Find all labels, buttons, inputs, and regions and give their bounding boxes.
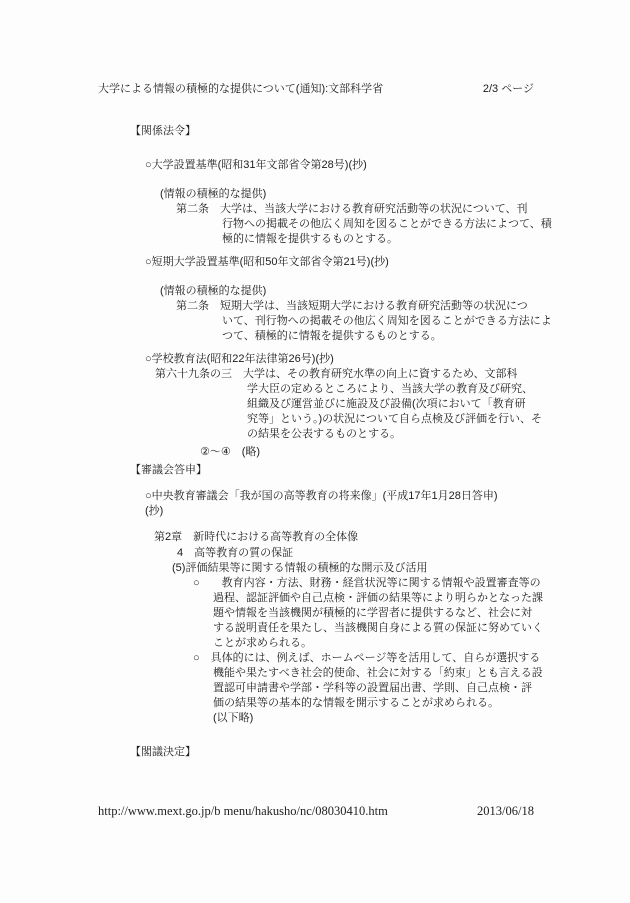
- note-items-2-4-omitted: ②～④ (略): [0, 445, 630, 460]
- note-items-2-4-omitted-line-1: ②～④ (略): [200, 445, 630, 460]
- bullet-evaluation-info-line-5: ことが求められる。: [213, 636, 630, 651]
- chapter-2-heading-line-1: 第2章 新時代における高等教育の全体像: [154, 530, 630, 545]
- caption-proactive-provision-1: (情報の積極的な提供): [0, 187, 630, 202]
- law-university-establishment-standards-line-1: ○大学設置基準(昭和31年文部省令第28号)(抄): [145, 158, 630, 173]
- caption-proactive-provision-1-line-1: (情報の積極的な提供): [160, 187, 630, 202]
- article-2-university: 第二条 大学は、当該大学における教育研究活動等の状況について、刊行物への掲載その…: [0, 202, 630, 247]
- page-footer: http://www.mext.go.jp/b menu/hakusho/nc/…: [98, 803, 534, 819]
- bullet-concrete-examples-line-3: 置認可申請書や学部・学科等の設置届出書、学則、自己点検・評: [213, 681, 630, 696]
- heading-cabinet-decision-line-1: 【閣議決定】: [130, 745, 630, 760]
- law-junior-college-establishment-standards-line-1: ○短期大学設置基準(昭和50年文部省令第21号)(抄): [145, 255, 630, 270]
- item-5-heading: (5)評価結果等に関する情報の積極的な開示及び活用: [0, 561, 630, 576]
- article-2-junior-college-line-1: 第二条 短期大学は、当該短期大学における教育研究活動等の状況につ: [176, 299, 630, 314]
- article-2-university-line-2: 行物への掲載その他広く周知を図ることができる方法によつて、積: [222, 217, 630, 232]
- law-university-establishment-standards: ○大学設置基準(昭和31年文部省令第28号)(抄): [0, 158, 630, 173]
- article-2-junior-college-line-3: つて、積極的に情報を提供するものとする。: [222, 329, 630, 344]
- article-69-3: 第六十九条の三 大学は、その教育研究水準の向上に資するため、文部科学大臣の定める…: [0, 367, 630, 442]
- heading-cabinet-decision: 【閣議決定】: [0, 745, 630, 760]
- heading-council-reports: 【審議会答申】: [0, 463, 630, 478]
- document-title: 大学による情報の積極的な提供について(通知):文部科学省: [98, 82, 383, 97]
- article-2-junior-college: 第二条 短期大学は、当該短期大学における教育研究活動等の状況について、刊行物への…: [0, 299, 630, 344]
- council-report-title-line-2: (抄): [145, 504, 630, 519]
- chapter-2-heading: 第2章 新時代における高等教育の全体像: [0, 530, 630, 545]
- heading-related-laws: 【関係法令】: [0, 124, 630, 139]
- article-69-3-line-5: の結果を公表するものとする。: [247, 427, 630, 442]
- law-junior-college-establishment-standards: ○短期大学設置基準(昭和50年文部省令第21号)(抄): [0, 255, 630, 270]
- article-69-3-line-1: 第六十九条の三 大学は、その教育研究水準の向上に資するため、文部科: [155, 367, 630, 382]
- article-2-junior-college-line-2: いて、刊行物への掲載その他広く周知を図ることができる方法によ: [222, 314, 630, 329]
- page-number: 2/3 ページ: [483, 82, 534, 97]
- bullet-concrete-examples-line-4: 価の結果等の基本的な情報を開示することが求められる。: [213, 696, 630, 711]
- article-2-university-line-3: 極的に情報を提供するものとする。: [222, 232, 630, 247]
- scanned-document-page: 大学による情報の積極的な提供について(通知):文部科学省 2/3 ページ 【関係…: [0, 0, 630, 903]
- section-4-heading: 4 高等教育の質の保証: [0, 546, 630, 561]
- bullet-concrete-examples-line-5: (以下略): [213, 711, 630, 726]
- council-report-title: ○中央教育審議会「我が国の高等教育の将来像」(平成17年1月28日答申)(抄): [0, 489, 630, 519]
- council-report-title-line-1: ○中央教育審議会「我が国の高等教育の将来像」(平成17年1月28日答申): [145, 489, 630, 504]
- heading-council-reports-line-1: 【審議会答申】: [130, 463, 630, 478]
- bullet-evaluation-info-line-2: 過程、認証評価や自己点検・評価の結果等により明らかとなった課: [213, 591, 630, 606]
- bullet-concrete-examples: ○ 具体的には、例えば、ホームページ等を活用して、自らが選択する機能や果たすべき…: [0, 651, 630, 726]
- law-school-education-act-line-1: ○学校教育法(昭和22年法律第26号)(抄): [145, 352, 630, 367]
- heading-related-laws-line-1: 【関係法令】: [130, 124, 630, 139]
- bullet-evaluation-info-line-1: ○ 教育内容・方法、財務・経営状況等に関する情報や設置審査等の: [193, 576, 630, 591]
- law-school-education-act: ○学校教育法(昭和22年法律第26号)(抄): [0, 352, 630, 367]
- bullet-evaluation-info-line-3: 題や情報を当該機関が積極的に学習者に提供するなど、社会に対: [213, 606, 630, 621]
- page-header: 大学による情報の積極的な提供について(通知):文部科学省 2/3 ページ: [98, 82, 534, 97]
- bullet-evaluation-info: ○ 教育内容・方法、財務・経営状況等に関する情報や設置審査等の過程、認証評価や自…: [0, 576, 630, 651]
- bullet-concrete-examples-line-1: ○ 具体的には、例えば、ホームページ等を活用して、自らが選択する: [193, 651, 630, 666]
- caption-proactive-provision-2-line-1: (情報の積極的な提供): [160, 284, 630, 299]
- caption-proactive-provision-2: (情報の積極的な提供): [0, 284, 630, 299]
- section-4-heading-line-1: 4 高等教育の質の保証: [177, 546, 630, 561]
- source-url: http://www.mext.go.jp/b menu/hakusho/nc/…: [98, 803, 388, 819]
- item-5-heading-line-1: (5)評価結果等に関する情報の積極的な開示及び活用: [172, 561, 630, 576]
- document-body: 【関係法令】○大学設置基準(昭和31年文部省令第28号)(抄)(情報の積極的な提…: [0, 124, 630, 760]
- article-69-3-line-3: 組織及び運営並びに施設及び設備(次項において「教育研: [247, 397, 630, 412]
- bullet-evaluation-info-line-4: する説明責任を果たし、当該機関自身による質の保証に努めていく: [213, 621, 630, 636]
- print-date: 2013/06/18: [477, 803, 534, 819]
- article-2-university-line-1: 第二条 大学は、当該大学における教育研究活動等の状況について、刊: [176, 202, 630, 217]
- bullet-concrete-examples-line-2: 機能や果たすべき社会的使命、社会に対する「約束」とも言える設: [213, 666, 630, 681]
- article-69-3-line-2: 学大臣の定めるところにより、当該大学の教育及び研究、: [247, 382, 630, 397]
- article-69-3-line-4: 究等」という。)の状況について自ら点検及び評価を行い、そ: [247, 412, 630, 427]
